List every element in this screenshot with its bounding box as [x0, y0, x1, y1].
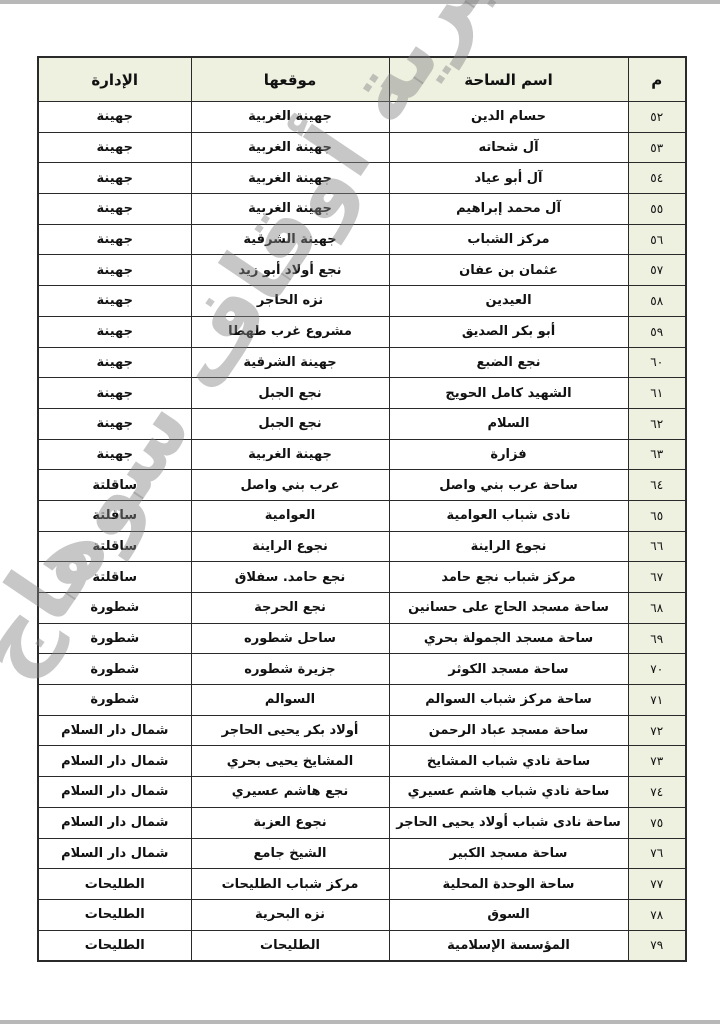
cell-number: ٥٧ — [628, 255, 686, 286]
cell-name: المؤسسة الإسلامية — [389, 930, 628, 961]
cell-number: ٦٢ — [628, 408, 686, 439]
cell-administration: جهينة — [38, 347, 191, 378]
cell-name: الشهيد كامل الحويج — [389, 378, 628, 409]
cell-number: ٧٨ — [628, 899, 686, 930]
table-row: ٦٣فزارةجهينة الغربيةجهينة — [38, 439, 686, 470]
cell-number: ٥٩ — [628, 316, 686, 347]
cell-administration: ساقلتة — [38, 500, 191, 531]
cell-administration: جهينة — [38, 316, 191, 347]
table-row: ٥٨العيديننزه الحاجرجهينة — [38, 286, 686, 317]
cell-location: جهينة الغربية — [191, 439, 389, 470]
cell-number: ٧٦ — [628, 838, 686, 869]
cell-name: آل شحاته — [389, 132, 628, 163]
cell-location: العوامية — [191, 500, 389, 531]
table-row: ٦٨ساحة مسجد الحاج على حسانيننجع الحرجةشط… — [38, 593, 686, 624]
cell-location: ساحل شطوره — [191, 623, 389, 654]
cell-name: نجوع الراينة — [389, 531, 628, 562]
cell-administration: جهينة — [38, 378, 191, 409]
cell-number: ٥٢ — [628, 102, 686, 133]
cell-location: جهينة الغربية — [191, 163, 389, 194]
table-row: ٧٤ساحة نادي شباب هاشم عسيرينجع هاشم عسير… — [38, 777, 686, 808]
cell-location: الطليحات — [191, 930, 389, 961]
cell-location: مركز شباب الطليحات — [191, 869, 389, 900]
cell-number: ٧٩ — [628, 930, 686, 961]
table-row: ٦٢السلامنجع الجبلجهينة — [38, 408, 686, 439]
cell-administration: الطليحات — [38, 930, 191, 961]
table-row: ٧٩المؤسسة الإسلاميةالطليحاتالطليحات — [38, 930, 686, 961]
header-location: موقعها — [191, 57, 389, 102]
cell-administration: جهينة — [38, 102, 191, 133]
cell-number: ٧٠ — [628, 654, 686, 685]
cell-name: السوق — [389, 899, 628, 930]
cell-name: عثمان بن عفان — [389, 255, 628, 286]
cell-number: ٦٧ — [628, 562, 686, 593]
table-row: ٥٧عثمان بن عفاننجع أولاد أبو زيدجهينة — [38, 255, 686, 286]
page-bottom-edge — [0, 1020, 720, 1024]
table-row: ٦١الشهيد كامل الحويجنجع الجبلجهينة — [38, 378, 686, 409]
cell-administration: جهينة — [38, 255, 191, 286]
cell-administration: ساقلتة — [38, 562, 191, 593]
cell-location: جهينة الشرقية — [191, 347, 389, 378]
cell-name: مركز شباب نجع حامد — [389, 562, 628, 593]
cell-administration: شطورة — [38, 654, 191, 685]
table-row: ٧٦ساحة مسجد الكبيرالشيخ جامعشمال دار الس… — [38, 838, 686, 869]
cell-name: ساحة مسجد الجمولة بحري — [389, 623, 628, 654]
cell-location: نجوع العزبة — [191, 807, 389, 838]
table-row: ٦٤ساحة عرب بني واصلعرب بني واصلساقلتة — [38, 470, 686, 501]
cell-number: ٧٢ — [628, 715, 686, 746]
cell-number: ٦٠ — [628, 347, 686, 378]
cell-name: آل أبو عياد — [389, 163, 628, 194]
cell-name: نجع الضبع — [389, 347, 628, 378]
table-row: ٦٧مركز شباب نجع حامدنجع حامد. سفلاقساقلت… — [38, 562, 686, 593]
table-row: ٧٥ساحة نادى شباب أولاد يحيى الحاجرنجوع ا… — [38, 807, 686, 838]
table-row: ٥٢حسام الدينجهينة الغربيةجهينة — [38, 102, 686, 133]
cell-name: ساحة مسجد الكبير — [389, 838, 628, 869]
cell-administration: شمال دار السلام — [38, 746, 191, 777]
cell-administration: شمال دار السلام — [38, 807, 191, 838]
cell-name: ساحة نادى شباب أولاد يحيى الحاجر — [389, 807, 628, 838]
table-row: ٥٥آل محمد إبراهيمجهينة الغربيةجهينة — [38, 194, 686, 225]
cell-administration: شطورة — [38, 593, 191, 624]
prayer-grounds-table: م اسم الساحة موقعها الإدارة ٥٢حسام الدين… — [37, 56, 687, 962]
cell-name: حسام الدين — [389, 102, 628, 133]
cell-administration: جهينة — [38, 286, 191, 317]
table-row: ٧٢ساحة مسجد عباد الرحمنأولاد بكر يحيى ال… — [38, 715, 686, 746]
cell-number: ٥٥ — [628, 194, 686, 225]
table-row: ٦٠نجع الضبعجهينة الشرقيةجهينة — [38, 347, 686, 378]
cell-location: مشروع غرب طهطا — [191, 316, 389, 347]
cell-name: نادى شباب العوامية — [389, 500, 628, 531]
cell-name: أبو بكر الصديق — [389, 316, 628, 347]
cell-number: ٦٦ — [628, 531, 686, 562]
cell-location: نجع الجبل — [191, 378, 389, 409]
cell-administration: ساقلتة — [38, 531, 191, 562]
cell-location: نجع الجبل — [191, 408, 389, 439]
cell-administration: شمال دار السلام — [38, 838, 191, 869]
cell-number: ٥٨ — [628, 286, 686, 317]
cell-location: نزه الحاجر — [191, 286, 389, 317]
cell-number: ٦٨ — [628, 593, 686, 624]
cell-administration: شطورة — [38, 623, 191, 654]
cell-location: نجع هاشم عسيري — [191, 777, 389, 808]
cell-location: جهينة الشرقية — [191, 224, 389, 255]
cell-administration: ساقلتة — [38, 470, 191, 501]
cell-location: جهينة الغربية — [191, 102, 389, 133]
cell-location: عرب بني واصل — [191, 470, 389, 501]
cell-administration: جهينة — [38, 439, 191, 470]
cell-name: ساحة نادي شباب المشايخ — [389, 746, 628, 777]
table-row: ٦٥نادى شباب العواميةالعواميةساقلتة — [38, 500, 686, 531]
table-row: ٦٩ساحة مسجد الجمولة بحريساحل شطورهشطورة — [38, 623, 686, 654]
table-row: ٧١ساحة مركز شباب السوالمالسوالمشطورة — [38, 685, 686, 716]
cell-administration: جهينة — [38, 132, 191, 163]
cell-administration: شطورة — [38, 685, 191, 716]
table-row: ٦٦نجوع الراينةنجوع الراينةساقلتة — [38, 531, 686, 562]
cell-name: ساحة مسجد الكوثر — [389, 654, 628, 685]
page-top-edge — [0, 0, 720, 4]
cell-name: ساحة مركز شباب السوالم — [389, 685, 628, 716]
cell-number: ٥٤ — [628, 163, 686, 194]
cell-administration: جهينة — [38, 224, 191, 255]
cell-name: ساحة نادي شباب هاشم عسيري — [389, 777, 628, 808]
cell-number: ٧٣ — [628, 746, 686, 777]
cell-administration: شمال دار السلام — [38, 715, 191, 746]
cell-administration: جهينة — [38, 408, 191, 439]
table-row: ٥٩أبو بكر الصديقمشروع غرب طهطاجهينة — [38, 316, 686, 347]
cell-name: ساحة مسجد الحاج على حسانين — [389, 593, 628, 624]
header-name: اسم الساحة — [389, 57, 628, 102]
table-row: ٥٣آل شحاتهجهينة الغربيةجهينة — [38, 132, 686, 163]
cell-number: ٧٧ — [628, 869, 686, 900]
cell-administration: جهينة — [38, 194, 191, 225]
cell-location: السوالم — [191, 685, 389, 716]
cell-administration: الطليحات — [38, 869, 191, 900]
cell-location: نجع حامد. سفلاق — [191, 562, 389, 593]
table-row: ٧٧ساحة الوحدة المحليةمركز شباب الطليحاتا… — [38, 869, 686, 900]
table-row: ٥٦مركز الشبابجهينة الشرقيةجهينة — [38, 224, 686, 255]
cell-location: الشيخ جامع — [191, 838, 389, 869]
cell-administration: شمال دار السلام — [38, 777, 191, 808]
cell-number: ٦٥ — [628, 500, 686, 531]
cell-location: أولاد بكر يحيى الحاجر — [191, 715, 389, 746]
cell-name: آل محمد إبراهيم — [389, 194, 628, 225]
cell-location: جهينة الغربية — [191, 132, 389, 163]
cell-name: السلام — [389, 408, 628, 439]
cell-number: ٦٩ — [628, 623, 686, 654]
cell-number: ٧١ — [628, 685, 686, 716]
cell-location: نجوع الراينة — [191, 531, 389, 562]
table-row: ٧٣ساحة نادي شباب المشايخالمشايخ يحيى بحر… — [38, 746, 686, 777]
cell-location: نجع الحرجة — [191, 593, 389, 624]
cell-administration: الطليحات — [38, 899, 191, 930]
cell-location: نزه البحرية — [191, 899, 389, 930]
cell-number: ٥٣ — [628, 132, 686, 163]
table-row: ٧٠ساحة مسجد الكوثرجزيرة شطورهشطورة — [38, 654, 686, 685]
header-administration: الإدارة — [38, 57, 191, 102]
cell-administration: جهينة — [38, 163, 191, 194]
cell-name: مركز الشباب — [389, 224, 628, 255]
table-row: ٧٨السوقنزه البحريةالطليحات — [38, 899, 686, 930]
cell-name: ساحة عرب بني واصل — [389, 470, 628, 501]
cell-number: ٧٤ — [628, 777, 686, 808]
cell-number: ٦٣ — [628, 439, 686, 470]
cell-number: ٥٦ — [628, 224, 686, 255]
cell-name: العيدين — [389, 286, 628, 317]
cell-name: ساحة مسجد عباد الرحمن — [389, 715, 628, 746]
header-number: م — [628, 57, 686, 102]
table-header-row: م اسم الساحة موقعها الإدارة — [38, 57, 686, 102]
cell-location: نجع أولاد أبو زيد — [191, 255, 389, 286]
cell-number: ٦٤ — [628, 470, 686, 501]
cell-number: ٧٥ — [628, 807, 686, 838]
cell-location: جهينة الغربية — [191, 194, 389, 225]
cell-name: ساحة الوحدة المحلية — [389, 869, 628, 900]
cell-name: فزارة — [389, 439, 628, 470]
cell-location: المشايخ يحيى بحري — [191, 746, 389, 777]
cell-location: جزيرة شطوره — [191, 654, 389, 685]
table-row: ٥٤آل أبو عيادجهينة الغربيةجهينة — [38, 163, 686, 194]
cell-number: ٦١ — [628, 378, 686, 409]
